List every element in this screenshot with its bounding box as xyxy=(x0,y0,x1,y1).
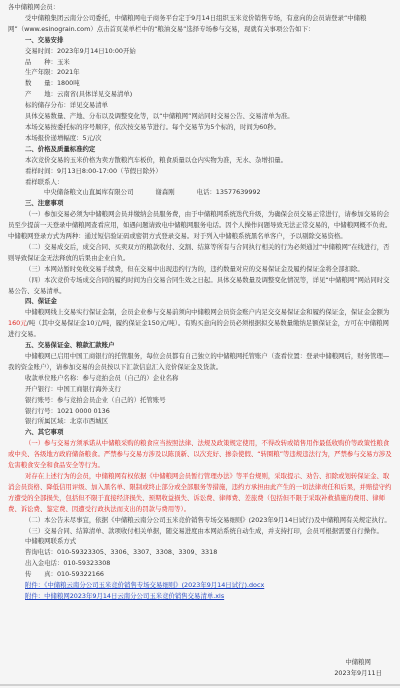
other-item-1: （一）参与交易方须承诺从中储粮采购的粮食应当按照法律、法规及政策规定使用，不得改… xyxy=(8,438,394,471)
signature-date: 2023年9月11日 xyxy=(334,668,382,679)
deposit-amount: 160元 xyxy=(8,319,27,327)
greeting: 各中储粮网会员： xyxy=(8,2,394,13)
notice-item-1: （一）参加交易必须为中储粮网会员并缴纳会员服务费，由于中储粮网系统迭代升级，为确… xyxy=(8,209,394,242)
sample-contact-label: 看样联系人： xyxy=(8,177,394,188)
notice-item-3: （三）本网站暂时免收交易手续费，但在交易中出现违约行为的，违约数量对应的交易保证… xyxy=(8,264,394,275)
section-4-heading: 四、保证金 xyxy=(8,296,394,307)
section-2-heading: 二、价格及质量标准约定 xyxy=(8,144,394,155)
other-item-3: （三）交易合同、结算清单、款项收付相关单据，随交易进度由本网站系统自动生成，并支… xyxy=(8,526,394,537)
notice-item-2: （二）交易成交后，成交合同、买卖双方的粮款收付、交割、结算等所有与合同执行相关的… xyxy=(8,242,394,264)
notice-item-4: （四）本次竞价专场成交合同的履约时间为自交易合同生效之日起。具体交易数量及调整变… xyxy=(8,275,394,297)
section-6-heading: 六、其它事项 xyxy=(8,427,394,438)
section-3-heading: 三、注意事项 xyxy=(8,198,394,209)
section-1-heading: 一、交易安排 xyxy=(8,35,394,46)
price-quality-note: 本次竞价交易的玉米价格为卖方散粮汽车板价，粮食质量以仓内实物为准，无水、杂增扣量… xyxy=(8,155,394,166)
trade-time: 交易时间：2023年9月14日10:00开始 xyxy=(8,46,394,57)
section-5-heading: 五、交易保证金、粮款汇款账户 xyxy=(8,340,394,351)
contact-company: 中央储备粮文山直属库有限公司 xyxy=(44,188,133,196)
contact-phone: 电话：13577639992 xyxy=(197,188,261,196)
contact-heading: 中储粮网联系方式 xyxy=(8,536,394,547)
production-year: 生产年限：2021年 xyxy=(8,67,394,78)
sample-contact-row: 中央储备粮文山直属库有限公司谢森刚电话：13577639992 xyxy=(8,187,394,198)
fax: 传 真：010-59322166 xyxy=(8,569,394,580)
other-item-2: （二）本公告未尽事宜，依据《中储粮云南分公司玉米竞价销售专场交易细则》(2023… xyxy=(8,515,394,526)
storage-distribution: 标的储存分布：详见交易清单 xyxy=(8,100,394,111)
account-name: 收款单位账户名称：参与竞拍会员（自己的）企业名称 xyxy=(8,373,394,384)
deposit-text-after: /吨（其中交易保证金10元/吨，履约保证金150元/吨）。有购买意向的会员必须根… xyxy=(8,319,389,338)
deposit-text-before: 中储粮网线上交易实行保证金制，会员企业参与交易前须向中储粮网会员资金账户内足交交… xyxy=(25,308,389,316)
bank-name: 开户银行：中国工商银行海外支行 xyxy=(8,384,394,395)
bid-increment: 本场报价递增幅度：5元/次 xyxy=(8,133,394,144)
sample-time: 看样时间：9月13日8:00-17:00（节假日除外） xyxy=(8,166,394,177)
consult-phone: 咨询电话：010-59323305、3306、3307、3308、3309、33… xyxy=(8,547,394,558)
violation-penalty-paragraph: 对存在上述行为的会员，中储粮网有权依据《中储粮网会员暂行管理办法》等平台规则，采… xyxy=(8,471,394,515)
origin: 产 地：云南省(具体详见交易清单) xyxy=(8,89,394,100)
signature-org: 中储粮网 xyxy=(334,657,382,668)
session-order-note: 本场交易按委托标的序号顺序，依次按交易节进行。每个交易节为5个标的，时间为60秒… xyxy=(8,122,394,133)
variety: 品 种：玉米 xyxy=(8,57,394,68)
bank-code: 银行行号：1021 0000 0136 xyxy=(8,406,394,417)
custody-paragraph: 中储粮网已启用中国工商银行的托管服务，每位会员都有自己独立的中储粮网托管账户（查… xyxy=(8,351,394,373)
signature: 中储粮网 2023年9月11日 xyxy=(334,657,382,679)
bank-account: 银行账号：参与竞拍会员企业（自己的）托管账号 xyxy=(8,395,394,406)
quantity: 数 量：1800吨 xyxy=(8,78,394,89)
deposit-paragraph: 中储粮网线上交易实行保证金制，会员企业参与交易前须向中储粮网会员资金账户内足交交… xyxy=(8,307,394,340)
divider xyxy=(0,684,400,686)
announcement-document: 各中储粮网会员： 受中储粮集团云南分公司委托，中储粮网电子商务平台定于9月14日… xyxy=(0,0,400,686)
contact-person: 谢森刚 xyxy=(155,188,174,196)
intro-paragraph: 受中储粮集团云南分公司委托，中储粮网电子商务平台定于9月14日组织玉米竞价销售专… xyxy=(8,13,394,35)
attachment-link-rules[interactable]: 附件：《中储粮云南分公司玉米竞价销售专场交易细则》(2023年9月14日试行).… xyxy=(25,581,264,589)
details-note: 具体交易数量、产地、分布以及调整变化等，以“中储粮网”网站同时交易公告、交易清单… xyxy=(8,111,394,122)
bank-region: 银行所属区域：北京市西城区 xyxy=(8,416,394,427)
funds-phone: 出入金电话：010-59323308 xyxy=(8,558,394,569)
attachment-link-list[interactable]: 附件：中储粮网2023年9月14日云南分公司玉米竞价销售交易清单.xls xyxy=(25,592,224,600)
